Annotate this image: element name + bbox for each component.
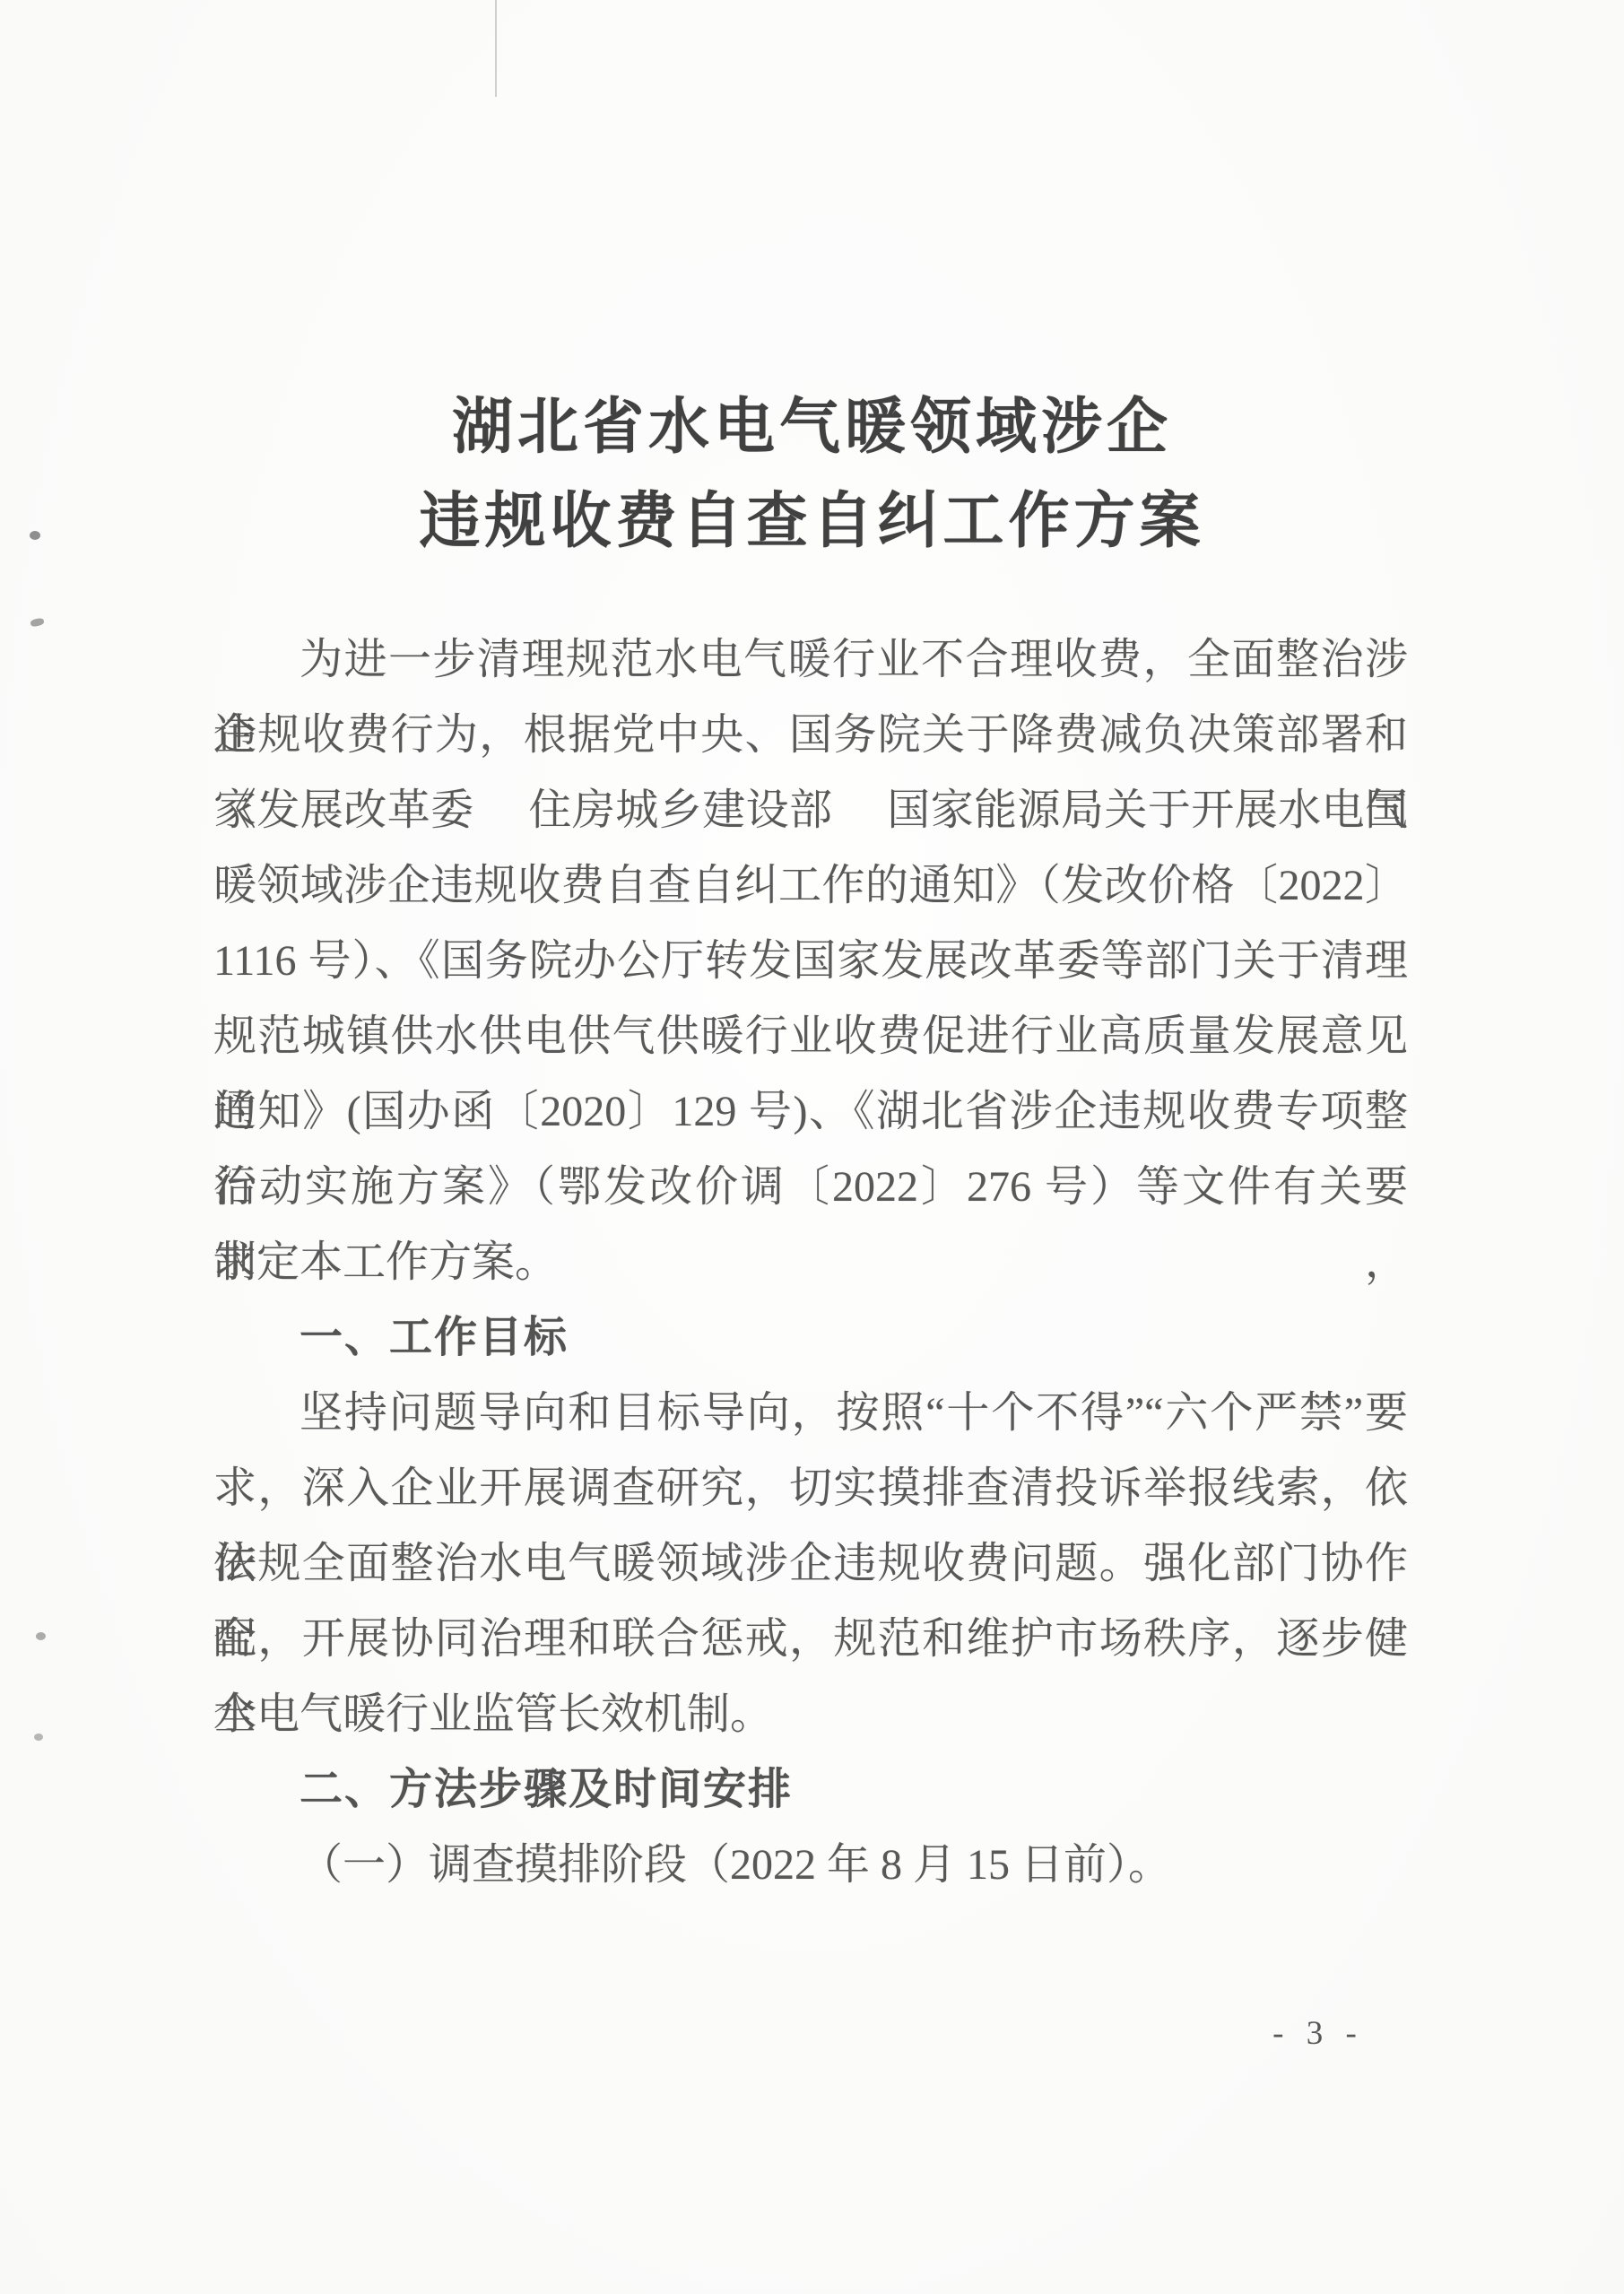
scanned-document-page: 湖北省水电气暖领域涉企 违规收费自查自纠工作方案 为进一步清理规范水电气暖行业不… — [0, 0, 1624, 2294]
body-line: （一）调查摸排阶段（2022 年 8 月 15 日前）。 — [213, 1828, 1408, 1903]
scan-speck — [30, 618, 44, 628]
section-heading-1: 一、工作目标 — [213, 1300, 1408, 1376]
document-title-line2: 违规收费自查自纠工作方案 — [0, 474, 1624, 569]
body-line: 依规全面整治水电气暖领域涉企违规收费问题。强化部门协作配 — [213, 1526, 1408, 1602]
body-line: 合，开展协同治理和联合惩戒，规范和维护市场秩序，逐步健全 — [213, 1602, 1408, 1677]
body-line: 坚持问题导向和目标导向，按照“十个不得”“六个严禁”要 — [213, 1376, 1408, 1451]
document-title-line1: 湖北省水电气暖领域涉企 — [0, 380, 1624, 474]
scan-artifact-line — [495, 0, 497, 97]
body-line: 水电气暖行业监管长效机制。 — [213, 1677, 1408, 1752]
scan-speck — [34, 1734, 43, 1741]
body-line: 暖领域涉企违规收费自查自纠工作的通知》（发改价格〔2022〕 — [213, 848, 1408, 924]
document-body: 为进一步清理规范水电气暖行业不合理收费，全面整治涉企 违规收费行为，根据党中央、… — [213, 622, 1408, 1903]
document-title: 湖北省水电气暖领域涉企 违规收费自查自纠工作方案 — [0, 380, 1624, 569]
section-heading-2: 二、方法步骤及时间安排 — [213, 1752, 1408, 1828]
body-line: 求，深入企业开展调查研究，切实摸排查清投诉举报线索，依法 — [213, 1451, 1408, 1526]
page-number: - 3 - — [1242, 2014, 1394, 2053]
body-line: 行动实施方案》（鄂发改价调〔2022〕276 号）等文件有关要求， — [213, 1150, 1408, 1225]
body-line: 为进一步清理规范水电气暖行业不合理收费，全面整治涉企 — [213, 622, 1408, 698]
scan-speck — [36, 1632, 46, 1640]
body-line: 通知》(国办函〔2020〕129 号)、《湖北省涉企违规收费专项整治 — [213, 1074, 1408, 1150]
body-line: 家发展改革委 住房城乡建设部 国家能源局关于开展水电气 — [213, 773, 1408, 848]
body-line: 违规收费行为，根据党中央、国务院关于降费减负决策部署和《国 — [213, 698, 1408, 773]
body-line: 规范城镇供水供电供气供暖行业收费促进行业高质量发展意见的 — [213, 999, 1408, 1074]
body-line: 1116 号）、《国务院办公厅转发国家发展改革委等部门关于清理 — [213, 924, 1408, 999]
